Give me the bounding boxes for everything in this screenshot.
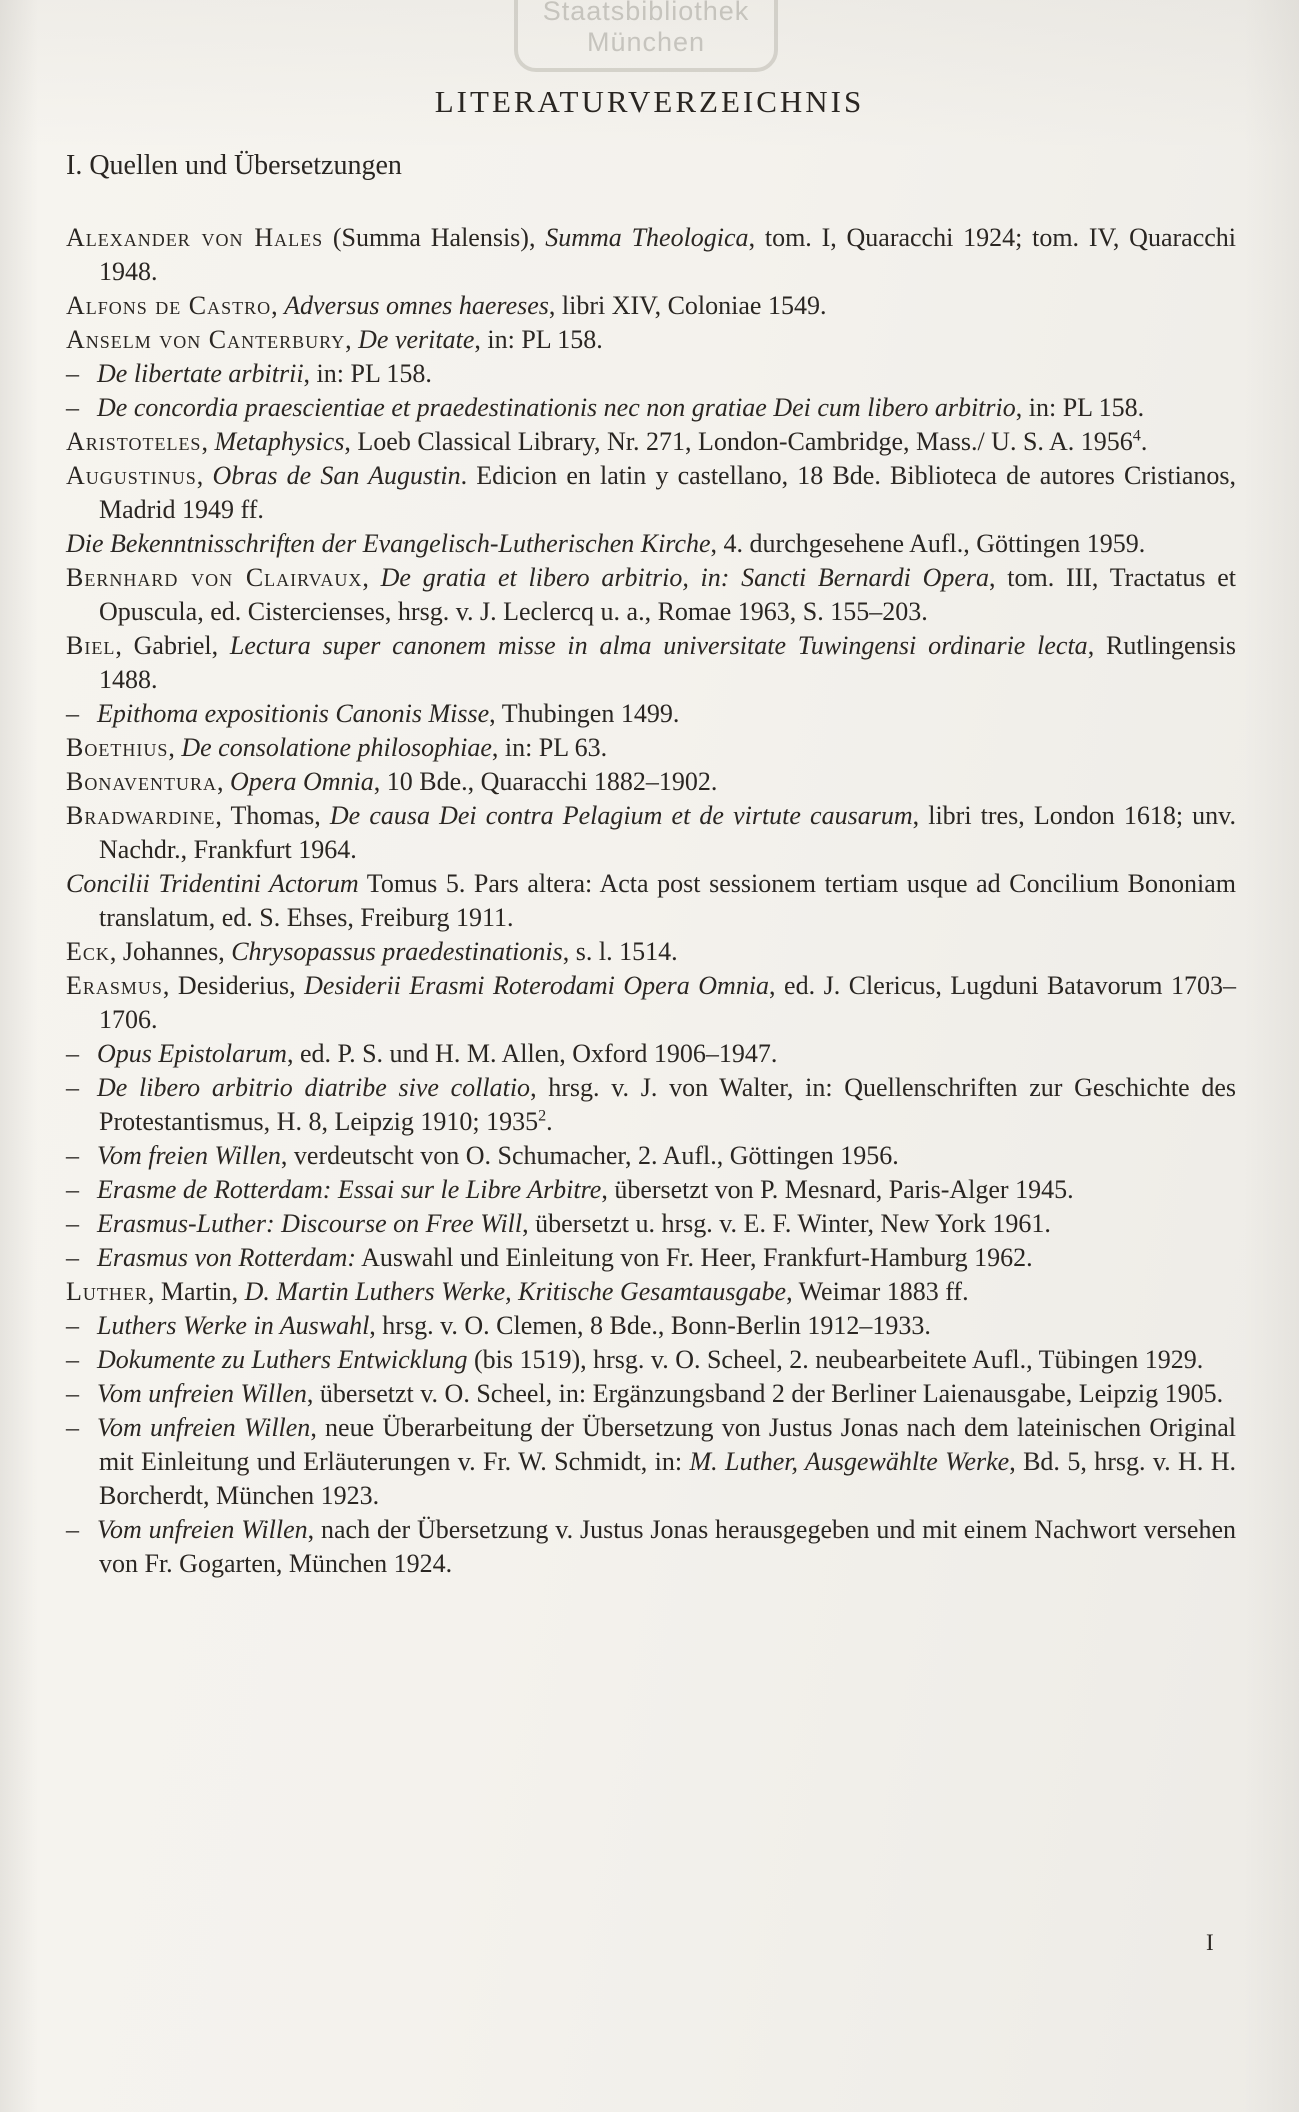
bibliography-entry: Die Bekenntnisschriften der Evangelisch-… [66,527,1236,561]
entry-text: , in: PL 158. [304,359,432,388]
bibliography-entry: Boethius, De consolatione philosophiae, … [66,731,1236,765]
bibliography-entry: –Epithoma expositionis Canonis Misse, Th… [66,697,1236,731]
entry-dash: – [66,1071,97,1105]
entry-dash: – [66,1207,97,1241]
bibliography-entry: Bonaventura, Opera Omnia, 10 Bde., Quara… [66,765,1236,799]
entry-text: Aristoteles [66,427,201,456]
library-stamp: Staatsbibliothek München [514,0,778,72]
bibliography-entry: –De concordia praescientiae et praedesti… [66,391,1236,425]
entry-text: Opera Omnia [230,767,374,796]
entry-dash: – [66,1173,97,1207]
bibliography-entry: Concilii Tridentini Actorum Tomus 5. Par… [66,867,1236,935]
entry-text: Anselm von Canterbury [66,325,345,354]
entry-text: , [362,563,380,592]
entry-text: (Summa Halensis), [323,223,545,252]
entry-text: Summa Theologica [545,223,748,252]
entry-text: De causa Dei contra Pelagium et de virtu… [330,801,913,830]
entry-text: Boethius [66,733,168,762]
page-title: LITERATURVERZEICHNIS [0,84,1299,120]
bibliography-entry: –Dokumente zu Luthers Entwicklung (bis 1… [66,1343,1236,1377]
entry-dash: – [66,391,97,425]
entry-text: , in: PL 158. [474,325,602,354]
entry-text: , Desiderius, [163,971,304,1000]
entry-dash: – [66,1309,97,1343]
entry-text: , s. l. 1514. [563,937,678,966]
bibliography-entry: –Vom unfreien Willen, übersetzt v. O. Sc… [66,1377,1236,1411]
entry-text: , [201,427,214,456]
scanned-page: Staatsbibliothek München LITERATURVERZEI… [0,0,1299,2112]
entry-text: De libertate arbitrii [97,359,304,388]
entry-text: , Loeb Classical Library, Nr. 271, Londo… [344,427,1132,456]
bibliography-entry: Alexander von Hales (Summa Halensis), Su… [66,221,1236,289]
entry-text: Desiderii Erasmi Roterodami Opera Omnia [304,971,769,1000]
bibliography-entry: Augustinus, Obras de San Augustin. Edici… [66,459,1236,527]
bibliography-entry: –Erasmus-Luther: Discourse on Free Will,… [66,1207,1236,1241]
entry-text: Bonaventura [66,767,217,796]
entry-dash: – [66,1037,97,1071]
entry-text: , [271,291,284,320]
entry-text: Biel [66,631,115,660]
entry-text: De concordia praescientiae et praedestin… [97,393,1016,422]
entry-text: , Thomas, [215,801,330,830]
bibliography-entry: –De libertate arbitrii, in: PL 158. [66,357,1236,391]
entry-text: Bradwardine [66,801,215,830]
entry-text: De libero arbitrio diatribe sive collati… [97,1073,530,1102]
entry-text: De veritate [358,325,474,354]
entry-text: Erasmus-Luther: Discourse on Free Will [97,1209,522,1238]
bibliography-entry: Bradwardine, Thomas, De causa Dei contra… [66,799,1236,867]
entry-text: Erasmus [66,971,163,1000]
entry-text: , [345,325,358,354]
entry-text: Chrysopassus praedestinationis [231,937,563,966]
bibliography-entry: Biel, Gabriel, Lectura super canonem mis… [66,629,1236,697]
entry-dash: – [66,1411,97,1445]
entry-text: Epithoma expositionis Canonis Misse [97,699,489,728]
bibliography-entry: –Vom unfreien Willen, neue Überarbeitung… [66,1411,1236,1513]
entry-text: Concilii Tridentini Actorum [66,869,359,898]
entry-text: De gratia et libero arbitrio, in: Sancti… [381,563,989,592]
entry-text: Augustinus [66,461,197,490]
entry-text: (bis 1519), hrsg. v. O. Scheel, 2. neube… [467,1345,1203,1374]
entry-text: Metaphysics [214,427,344,456]
bibliography-entry: –De libero arbitrio diatribe sive collat… [66,1071,1236,1139]
entry-text: Alfons de Castro [66,291,271,320]
bibliography-list: Alexander von Hales (Summa Halensis), Su… [66,221,1236,1581]
entry-text: , verdeutscht von O. Schumacher, 2. Aufl… [281,1141,899,1170]
section-heading: I. Quellen und Übersetzungen [66,150,402,182]
bibliography-entry: Bernhard von Clairvaux, De gratia et lib… [66,561,1236,629]
entry-dash: – [66,357,97,391]
entry-text: , [217,767,230,796]
bibliography-entry: –Opus Epistolarum, ed. P. S. und H. M. A… [66,1037,1236,1071]
entry-text: , Weimar 1883 ff. [786,1277,969,1306]
bibliography-entry: –Luthers Werke in Auswahl, hrsg. v. O. C… [66,1309,1236,1343]
entry-text: Vom freien Willen [97,1141,281,1170]
entry-text: Opus Epistolarum [97,1039,287,1068]
entry-text: , ed. P. S. und H. M. Allen, Oxford 1906… [287,1039,777,1068]
entry-text: Adversus omnes haereses [284,291,549,320]
library-stamp-line1: Staatsbibliothek [543,0,750,27]
entry-text: Eck [66,937,110,966]
entry-text: Erasme de Rotterdam: Essai sur le Libre … [97,1175,601,1204]
entry-text: 4 [1133,427,1141,444]
entry-text: M. Luther, Ausgewählte Werke [690,1447,1010,1476]
entry-text: , libri XIV, Coloniae 1549. [549,291,827,320]
entry-text: Erasmus von Rotterdam: [97,1243,356,1272]
entry-text: D. Martin Luthers Werke, Kritische Gesam… [245,1277,786,1306]
entry-text: , hrsg. v. O. Clemen, 8 Bde., Bonn-Berli… [369,1311,931,1340]
entry-text: De consolatione philosophiae [181,733,492,762]
entry-text: Die Bekenntnisschriften der Evangelisch-… [66,529,711,558]
entry-text: , Thubingen 1499. [489,699,679,728]
entry-text: . [546,1107,553,1136]
bibliography-entry: –Vom freien Willen, verdeutscht von O. S… [66,1139,1236,1173]
entry-text: , in: PL 158. [1016,393,1144,422]
entry-dash: – [66,1241,97,1275]
entry-text: Obras de San Augustin [212,461,460,490]
entry-text: , übersetzt von P. Mesnard, Paris-Alger … [601,1175,1073,1204]
entry-text: Lectura super canonem misse in alma univ… [230,631,1088,660]
entry-dash: – [66,697,97,731]
entry-text: . [1141,427,1148,456]
entry-text: Dokumente zu Luthers Entwicklung [97,1345,467,1374]
entry-text: , Martin, [148,1277,245,1306]
bibliography-entry: –Erasmus von Rotterdam: Auswahl und Einl… [66,1241,1236,1275]
entry-text: , übersetzt v. O. Scheel, in: Ergänzungs… [307,1379,1223,1408]
entry-text: Vom unfreien Willen [97,1413,310,1442]
entry-text: Luther [66,1277,148,1306]
bibliography-entry: –Vom unfreien Willen, nach der Übersetzu… [66,1513,1236,1581]
bibliography-entry: Luther, Martin, D. Martin Luthers Werke,… [66,1275,1236,1309]
bibliography-entry: Alfons de Castro, Adversus omnes haerese… [66,289,1236,323]
bibliography-entry: Anselm von Canterbury, De veritate, in: … [66,323,1236,357]
entry-text: Vom unfreien Willen [97,1379,307,1408]
entry-dash: – [66,1139,97,1173]
bibliography-entry: Eck, Johannes, Chrysopassus praedestinat… [66,935,1236,969]
bibliography-entry: Erasmus, Desiderius, Desiderii Erasmi Ro… [66,969,1236,1037]
page-number: I [1206,1930,1215,1956]
entry-text: Alexander von Hales [66,223,323,252]
entry-dash: – [66,1343,97,1377]
entry-text: 2 [538,1107,546,1124]
entry-text: Auswahl und Einleitung von Fr. Heer, Fra… [356,1243,1033,1272]
entry-text: , in: PL 63. [492,733,607,762]
entry-text: , Johannes, [110,937,231,966]
entry-dash: – [66,1513,97,1547]
library-stamp-line2: München [587,27,705,58]
entry-text: , [197,461,213,490]
entry-text: , 4. durchgesehene Aufl., Göttingen 1959… [711,529,1146,558]
bibliography-entry: Aristoteles, Metaphysics, Loeb Classical… [66,425,1236,459]
entry-text: Luthers Werke in Auswahl [97,1311,369,1340]
entry-dash: – [66,1377,97,1411]
entry-text: , übersetzt u. hrsg. v. E. F. Winter, Ne… [522,1209,1051,1238]
entry-text: Vom unfreien Willen [97,1515,308,1544]
entry-text: , 10 Bde., Quaracchi 1882–1902. [374,767,718,796]
entry-text: Bernhard von Clairvaux [66,563,362,592]
entry-text: , Gabriel, [115,631,230,660]
entry-text: , [168,733,181,762]
bibliography-entry: –Erasme de Rotterdam: Essai sur le Libre… [66,1173,1236,1207]
